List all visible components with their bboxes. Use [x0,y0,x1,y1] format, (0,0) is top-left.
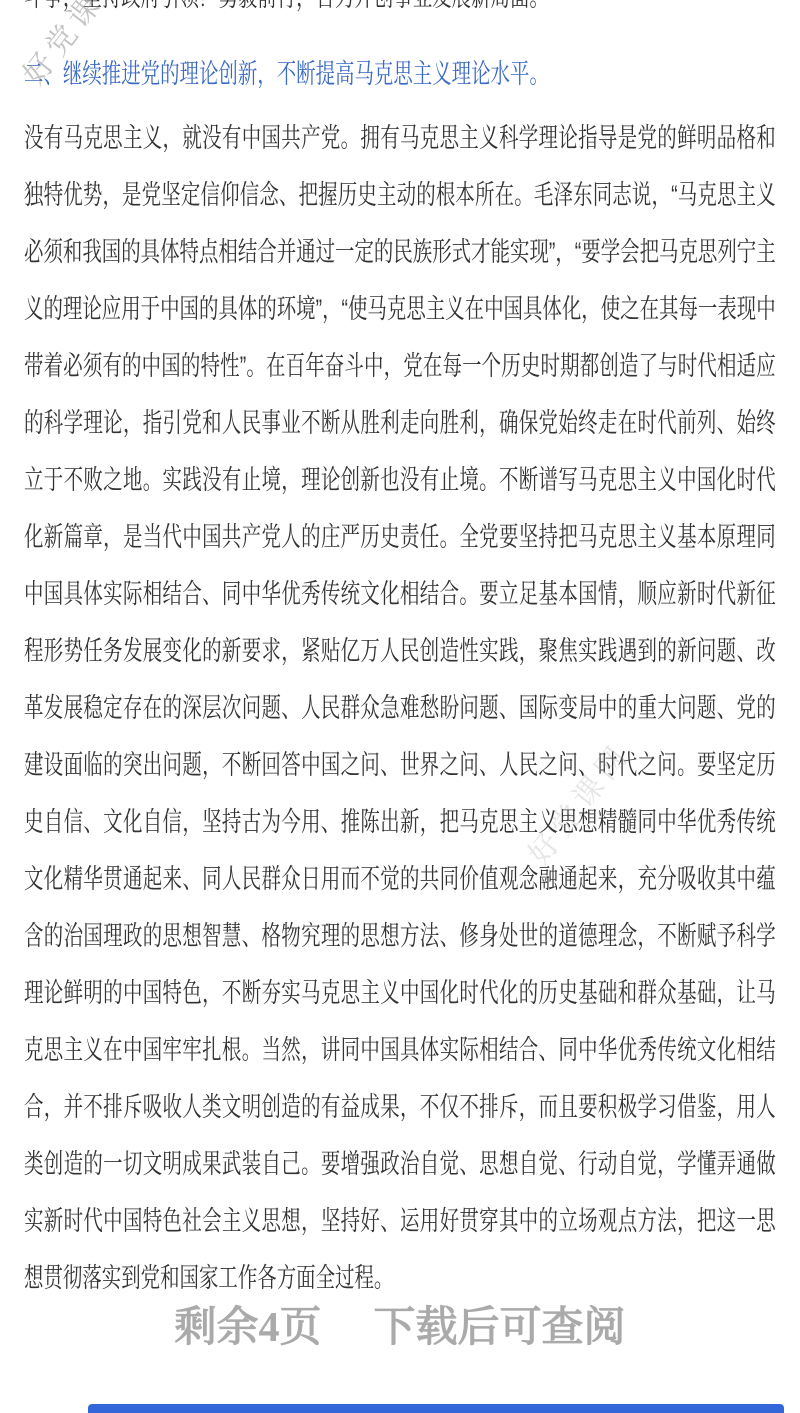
remaining-pages-count: 剩余4页 [174,1305,321,1351]
clipped-previous-line: 斗争，坚持政府引领？勇毅前行，合力开创事业发展新局面。 [24,0,776,12]
section-heading-text: 二、继续推进党的理论创新，不断提高马克思主义理论水平。 [24,56,776,92]
body-paragraph: 没有马克思主义，就没有中国共产党。拥有马克思主义科学理论指导是党的鲜明品格和独特… [24,110,800,1307]
bottom-bar[interactable] [88,1404,784,1413]
remaining-pages-notice: 剩余4页下载后可查阅 [0,1303,800,1353]
download-hint: 下载后可查阅 [374,1305,626,1351]
body-paragraph-text: 没有马克思主义，就没有中国共产党。拥有马克思主义科学理论指导是党的鲜明品格和独特… [24,110,776,1307]
clipped-line-text: 斗争，坚持政府引领？勇毅前行，合力开创事业发展新局面。 [24,0,776,11]
section-heading: 二、继续推进党的理论创新，不断提高马克思主义理论水平。 [24,56,800,92]
document-preview-page: 斗争，坚持政府引领？勇毅前行，合力开创事业发展新局面。 二、继续推进党的理论创新… [0,0,800,1413]
